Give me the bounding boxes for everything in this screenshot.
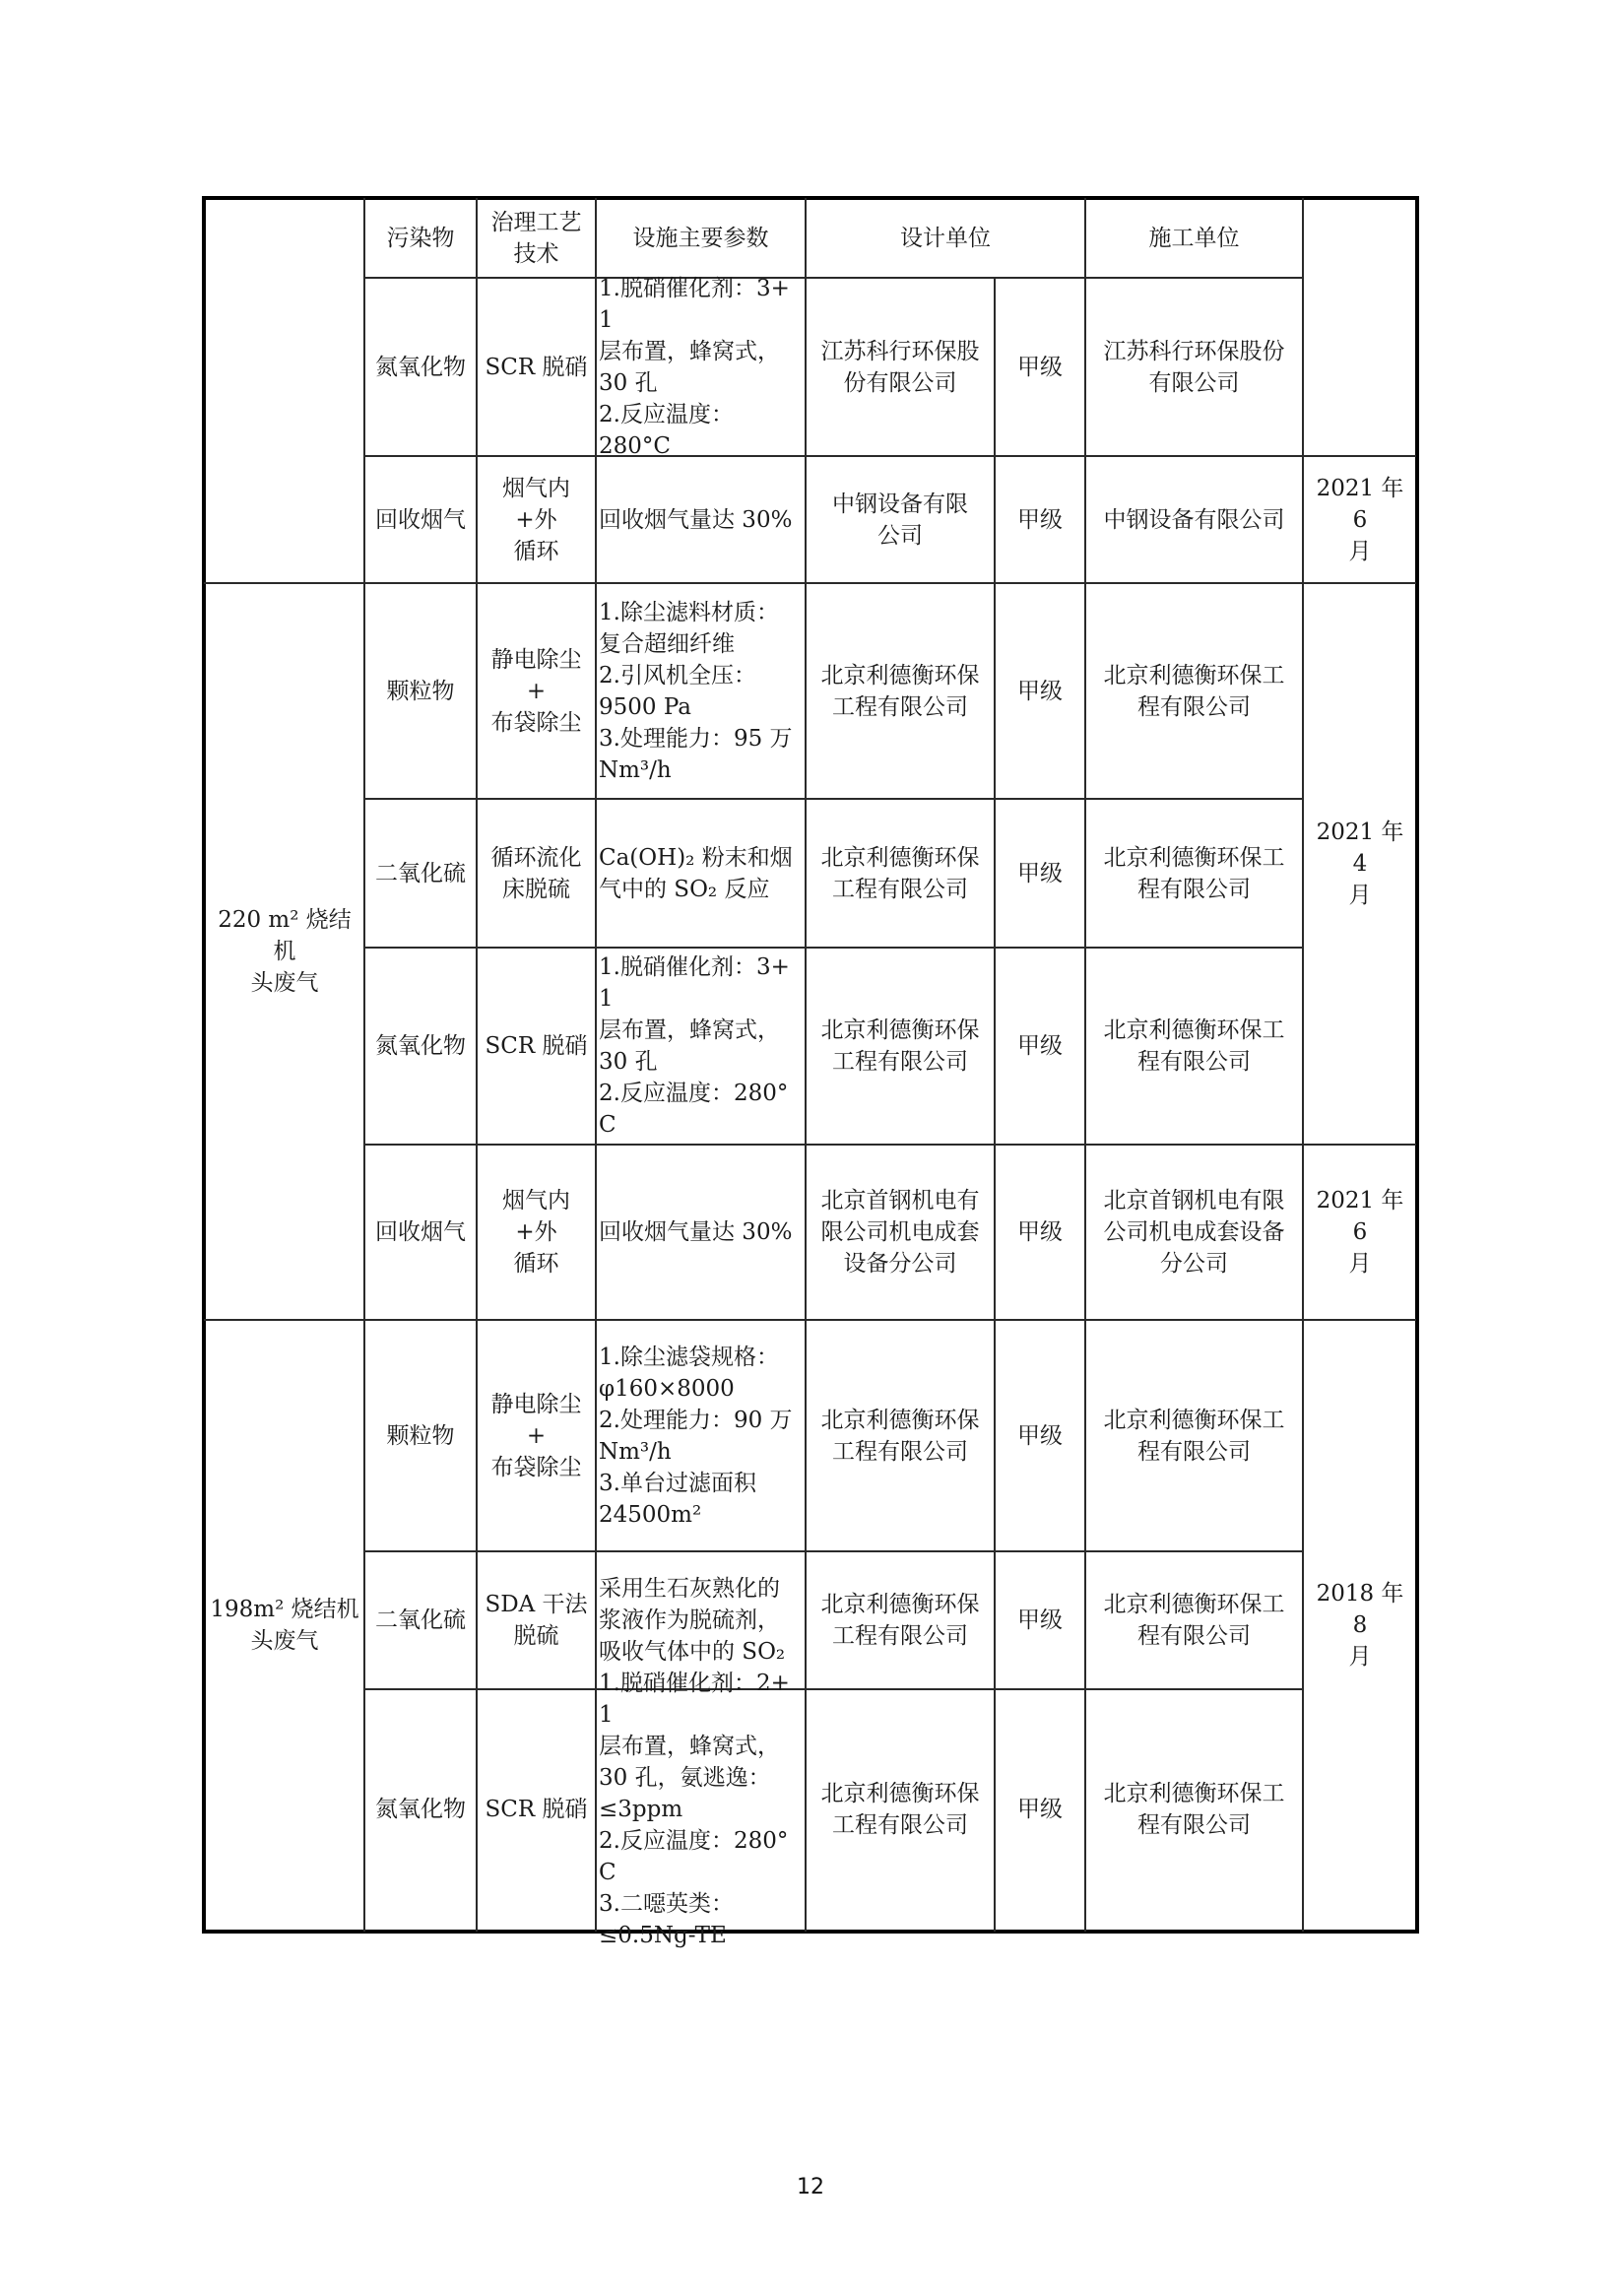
cell-source: 198m² 烧结机 头废气 xyxy=(206,1321,363,1929)
cell-date: 2021 年 4 月 xyxy=(1304,584,1416,1144)
cell-builder: 北京利德衡环保工 程有限公司 xyxy=(1086,800,1302,947)
cell-grade: 甲级 xyxy=(996,457,1084,582)
cell-designer: 北京利德衡环保 工程有限公司 xyxy=(807,1321,994,1550)
cell-technology: SCR 脱硝 xyxy=(478,279,595,455)
cell-designer: 北京利德衡环保 工程有限公司 xyxy=(807,584,994,798)
cell-builder: 中钢设备有限公司 xyxy=(1086,457,1302,582)
cell-builder: 北京利德衡环保工 程有限公司 xyxy=(1086,1321,1302,1550)
cell-builder: 北京利德衡环保工 程有限公司 xyxy=(1086,1552,1302,1688)
cell-technology: 静电除尘+ 布袋除尘 xyxy=(478,1321,595,1550)
cell-builder: 北京首钢机电有限 公司机电成套设备 分公司 xyxy=(1086,1146,1302,1319)
cell-designer: 北京利德衡环保 工程有限公司 xyxy=(807,800,994,947)
header-pollutant: 污染物 xyxy=(365,200,476,277)
cell-pollutant: 氮氧化物 xyxy=(365,1690,476,1929)
cell-designer: 北京利德衡环保 工程有限公司 xyxy=(807,1690,994,1929)
cell-technology: SCR 脱硝 xyxy=(478,949,595,1144)
cell-designer: 北京利德衡环保 工程有限公司 xyxy=(807,949,994,1144)
cell-params: 1.脱硝催化剂：2+1 层布置，蜂窝式， 30 孔，氨逃逸： ≤3ppm 2.反… xyxy=(597,1690,805,1929)
cell-params: Ca(OH)₂ 粉末和烟 气中的 SO₂ 反应 xyxy=(597,800,805,947)
cell-grade: 甲级 xyxy=(996,584,1084,798)
cell-builder: 北京利德衡环保工 程有限公司 xyxy=(1086,584,1302,798)
cell-source: 220 m² 烧结机 头废气 xyxy=(206,584,363,1319)
cell-pollutant: 颗粒物 xyxy=(365,584,476,798)
cell-designer: 北京首钢机电有 限公司机电成套 设备分公司 xyxy=(807,1146,994,1319)
cell-pollutant: 氮氧化物 xyxy=(365,279,476,455)
cell-pollutant: 颗粒物 xyxy=(365,1321,476,1550)
cell-designer: 中钢设备有限 公司 xyxy=(807,457,994,582)
cell-technology: 烟气内+外 循环 xyxy=(478,1146,595,1319)
cell-builder: 北京利德衡环保工 程有限公司 xyxy=(1086,1690,1302,1929)
cell-technology: 烟气内+外 循环 xyxy=(478,457,595,582)
cell-technology: SCR 脱硝 xyxy=(478,1690,595,1929)
header-designer: 设计单位 xyxy=(807,200,1084,277)
cell-builder: 江苏科行环保股份 有限公司 xyxy=(1086,279,1302,455)
cell-builder: 北京利德衡环保工 程有限公司 xyxy=(1086,949,1302,1144)
cell-grade: 甲级 xyxy=(996,279,1084,455)
cell-technology: 静电除尘+ 布袋除尘 xyxy=(478,584,595,798)
header-params: 设施主要参数 xyxy=(597,200,805,277)
cell-params: 1.脱硝催化剂：3+1 层布置，蜂窝式， 30 孔 2.反应温度： 280°C xyxy=(597,279,805,455)
cell-pollutant: 回收烟气 xyxy=(365,457,476,582)
cell-technology: 循环流化 床脱硫 xyxy=(478,800,595,947)
cell-designer: 江苏科行环保股 份有限公司 xyxy=(807,279,994,455)
header-technology: 治理工艺 技术 xyxy=(478,200,595,277)
cell-pollutant: 回收烟气 xyxy=(365,1146,476,1319)
cell-designer: 北京利德衡环保 工程有限公司 xyxy=(807,1552,994,1688)
cell-pollutant: 二氧化硫 xyxy=(365,1552,476,1688)
cell-params: 回收烟气量达 30% xyxy=(597,1146,805,1319)
document-page: 污染物 治理工艺 技术 设施主要参数 设计单位 施工单位 氮氧化物 SCR 脱硝… xyxy=(0,0,1621,2296)
cell-grade: 甲级 xyxy=(996,949,1084,1144)
cell-date: 2021 年 6 月 xyxy=(1304,1146,1416,1319)
cell-pollutant: 氮氧化物 xyxy=(365,949,476,1144)
cell-params: 1.脱硝催化剂：3+1 层布置，蜂窝式， 30 孔 2.反应温度：280°C xyxy=(597,949,805,1144)
cell-params: 1.除尘滤料材质： 复合超细纤维 2.引风机全压： 9500 Pa 3.处理能力… xyxy=(597,584,805,798)
cell-date: 2018 年 8 月 xyxy=(1304,1321,1416,1929)
cell-grade: 甲级 xyxy=(996,1690,1084,1929)
cell-params: 回收烟气量达 30% xyxy=(597,457,805,582)
cell-technology: SDA 干法 脱硫 xyxy=(478,1552,595,1688)
cell-params: 1.除尘滤袋规格： φ160×8000 2.处理能力：90 万 Nm³/h 3.… xyxy=(597,1321,805,1550)
cell-grade: 甲级 xyxy=(996,1552,1084,1688)
header-builder: 施工单位 xyxy=(1086,200,1302,277)
page-number: 12 xyxy=(0,2175,1621,2199)
pollution-control-table: 污染物 治理工艺 技术 设施主要参数 设计单位 施工单位 氮氧化物 SCR 脱硝… xyxy=(0,0,1621,2296)
cell-pollutant: 二氧化硫 xyxy=(365,800,476,947)
cell-grade: 甲级 xyxy=(996,800,1084,947)
cell-grade: 甲级 xyxy=(996,1321,1084,1550)
cell-date: 2021 年 6 月 xyxy=(1304,457,1416,582)
cell-grade: 甲级 xyxy=(996,1146,1084,1319)
